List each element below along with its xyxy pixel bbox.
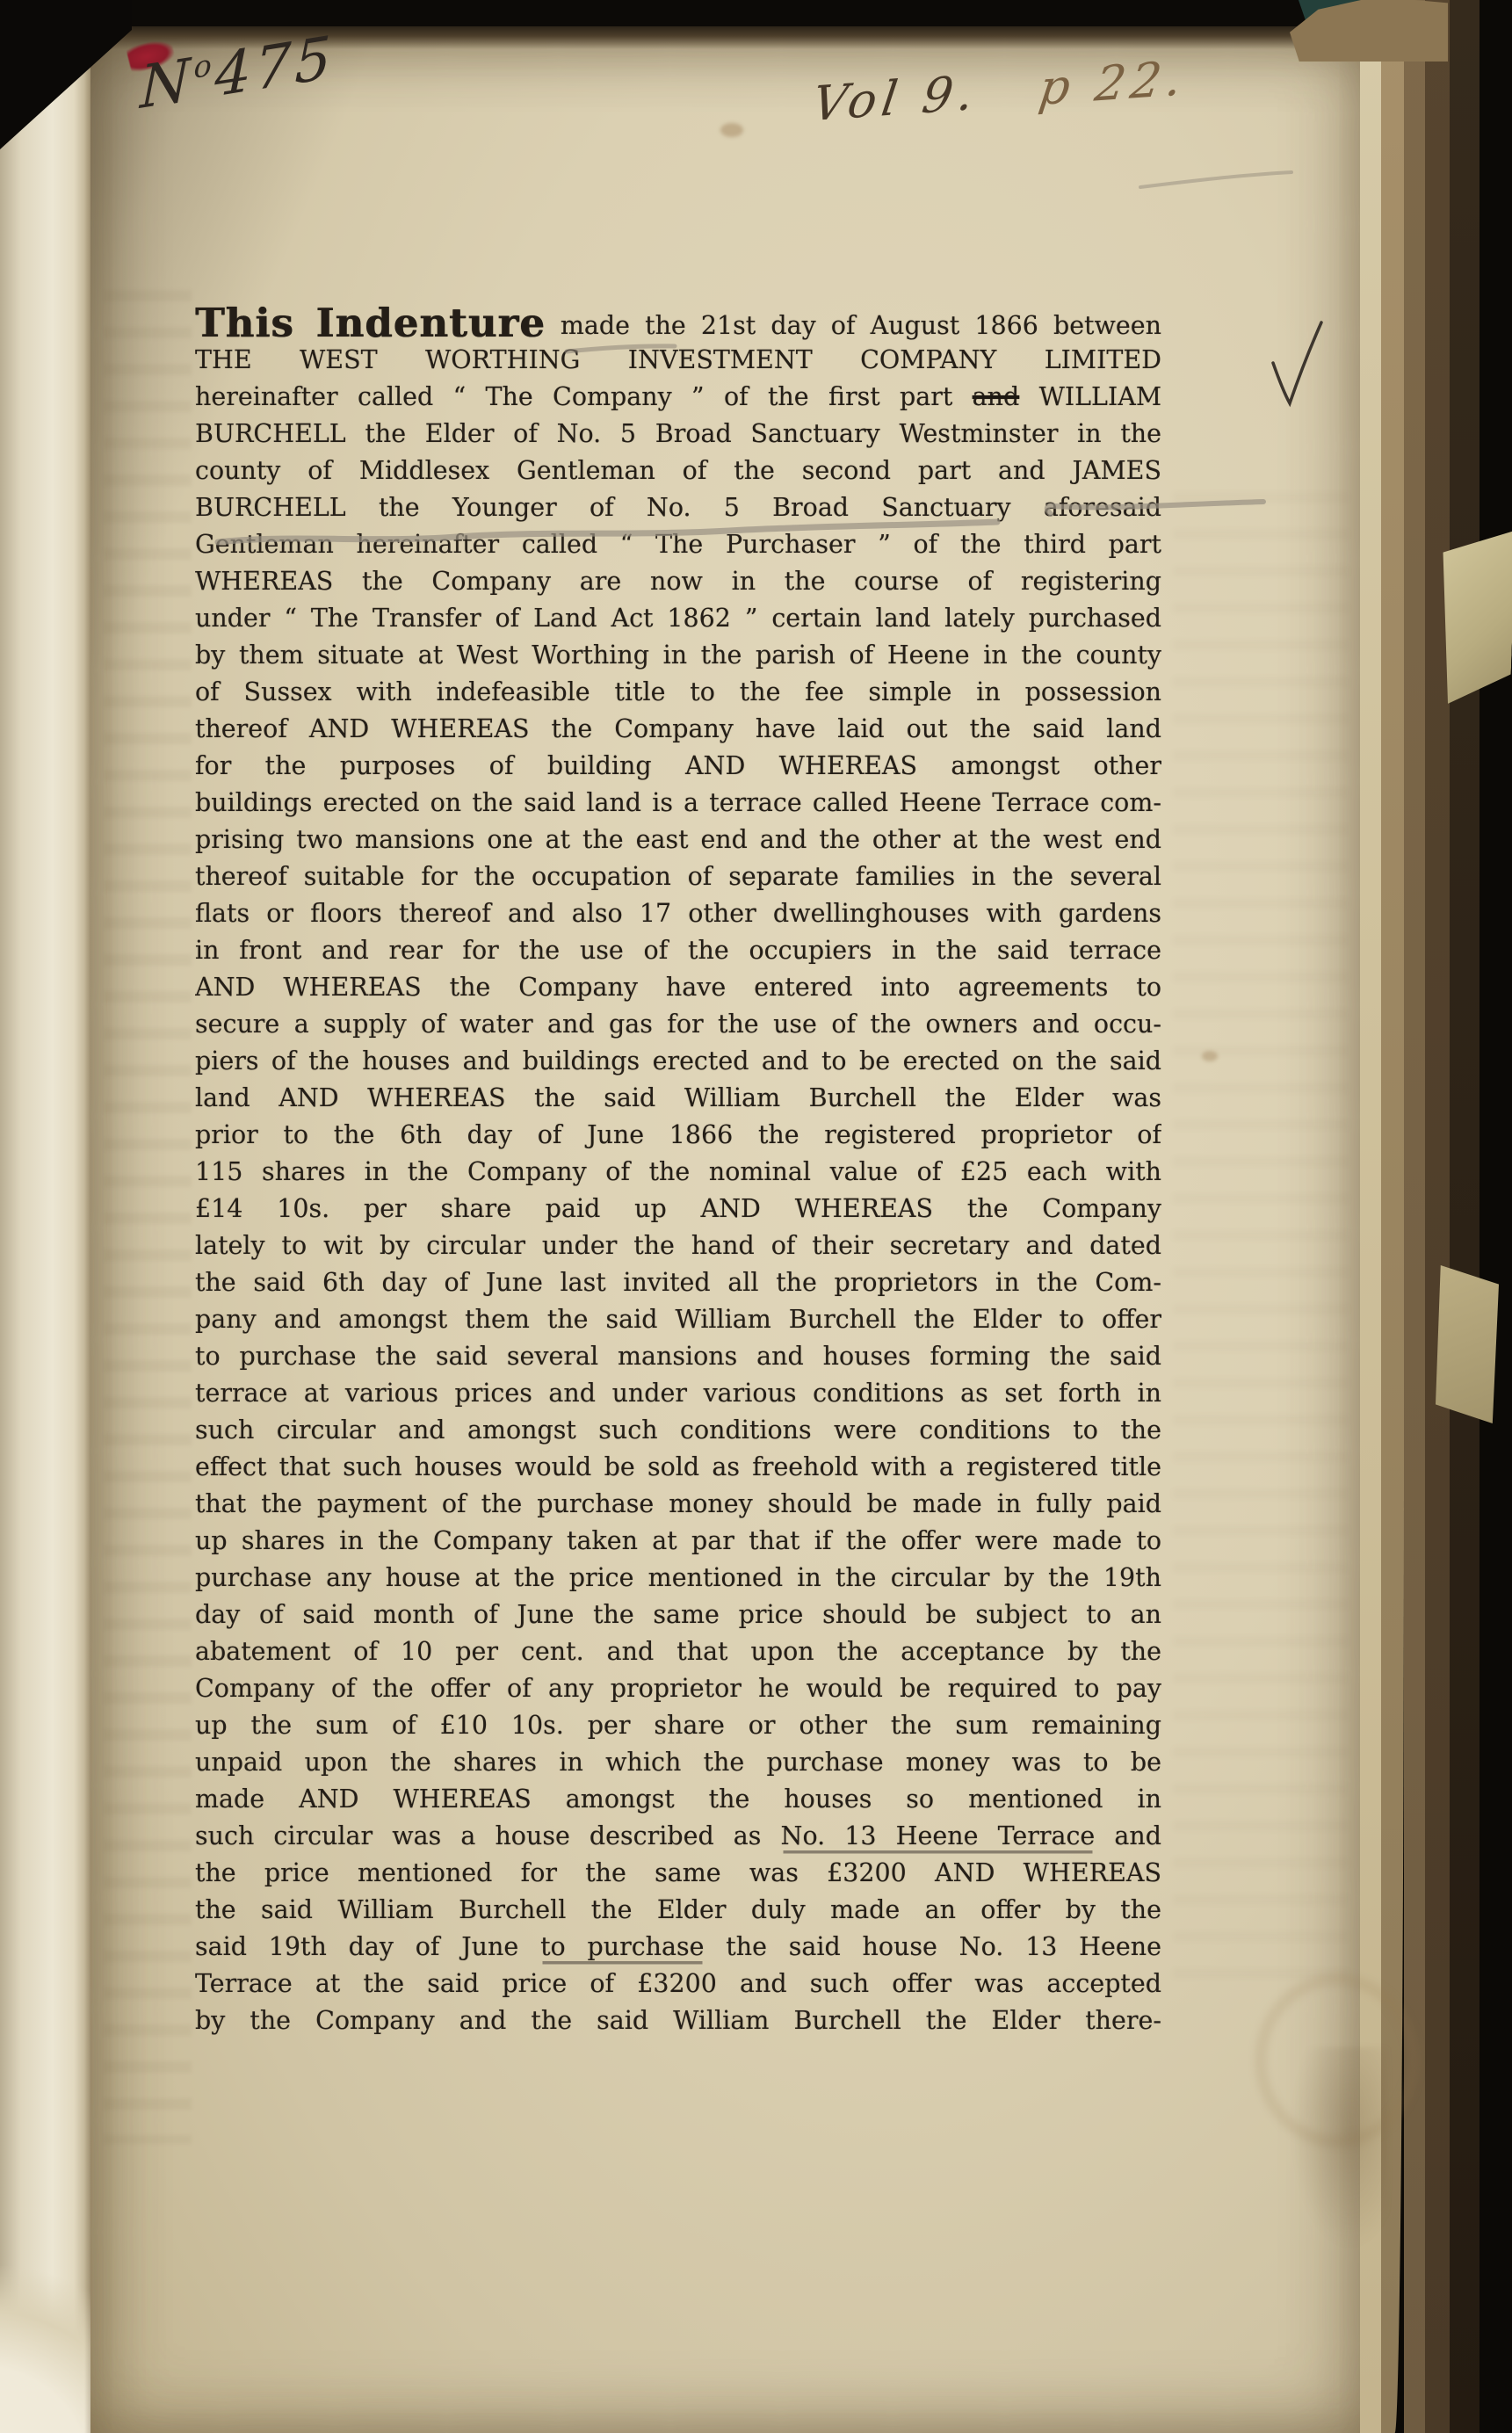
checkmark [1273,322,1321,403]
pencil-squiggle [218,522,997,542]
pencil-marks-overlay [0,0,1512,2433]
scanned-deed-page: No475 Vol 9.p 22. This Indenture made th… [0,0,1512,2433]
pencil-squiggle [1047,502,1263,514]
pencil-underline-date [567,346,675,351]
pencil-stroke-margin [1140,172,1291,187]
